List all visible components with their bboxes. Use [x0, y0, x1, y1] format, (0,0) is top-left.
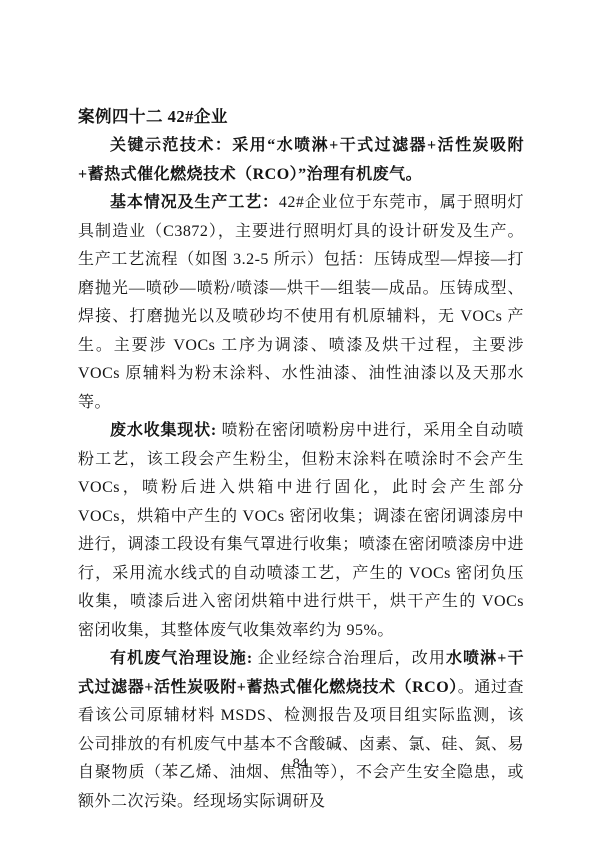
- paragraph: 关键示范技术：采用“水喷淋+干式过滤器+活性炭吸附+蓄热式催化燃烧技术（RCO）…: [78, 132, 524, 189]
- document-body: 关键示范技术：采用“水喷淋+干式过滤器+活性炭吸附+蓄热式催化燃烧技术（RCO）…: [78, 132, 524, 816]
- paragraph: 有机废气治理设施: 企业经综合治理后，改用水喷淋+干式过滤器+活性炭吸附+蓄热式…: [78, 645, 524, 816]
- text-run-bold: 基本情况及生产工艺：: [110, 194, 279, 211]
- paragraph: 废水收集现状: 喷粉在密闭喷粉房中进行，采用全自动喷粉工艺，该工段会产生粉尘，但…: [78, 417, 524, 645]
- text-run: 。通过查看该公司原辅材料 MSDS、检测报告及项目组实际监测，该公司排放的有机废…: [78, 679, 524, 810]
- document-content: 案例四十二 42#企业 关键示范技术：采用“水喷淋+干式过滤器+活性炭吸附+蓄热…: [78, 102, 524, 816]
- document-page: 案例四十二 42#企业 关键示范技术：采用“水喷淋+干式过滤器+活性炭吸附+蓄热…: [0, 0, 600, 848]
- text-run: 42#企业位于东莞市，属于照明灯具制造业（C3872），主要进行照明灯具的设计研…: [78, 194, 524, 411]
- paragraph: 基本情况及生产工艺：42#企业位于东莞市，属于照明灯具制造业（C3872），主要…: [78, 189, 524, 417]
- page-title: 案例四十二 42#企业: [78, 102, 524, 132]
- text-run-bold: 关键示范技术：采用“水喷淋+干式过滤器+活性炭吸附+蓄热式催化燃烧技术（RCO）…: [78, 137, 524, 183]
- text-run-bold: 有机废气治理设施:: [110, 650, 258, 667]
- page-number: 84: [0, 754, 600, 774]
- text-run-bold: 废水收集现状:: [110, 422, 222, 439]
- text-run: 喷粉在密闭喷粉房中进行，采用全自动喷粉工艺，该工段会产生粉尘，但粉末涂料在喷涂时…: [78, 422, 524, 639]
- text-run: 企业经综合治理后，改用: [258, 650, 446, 667]
